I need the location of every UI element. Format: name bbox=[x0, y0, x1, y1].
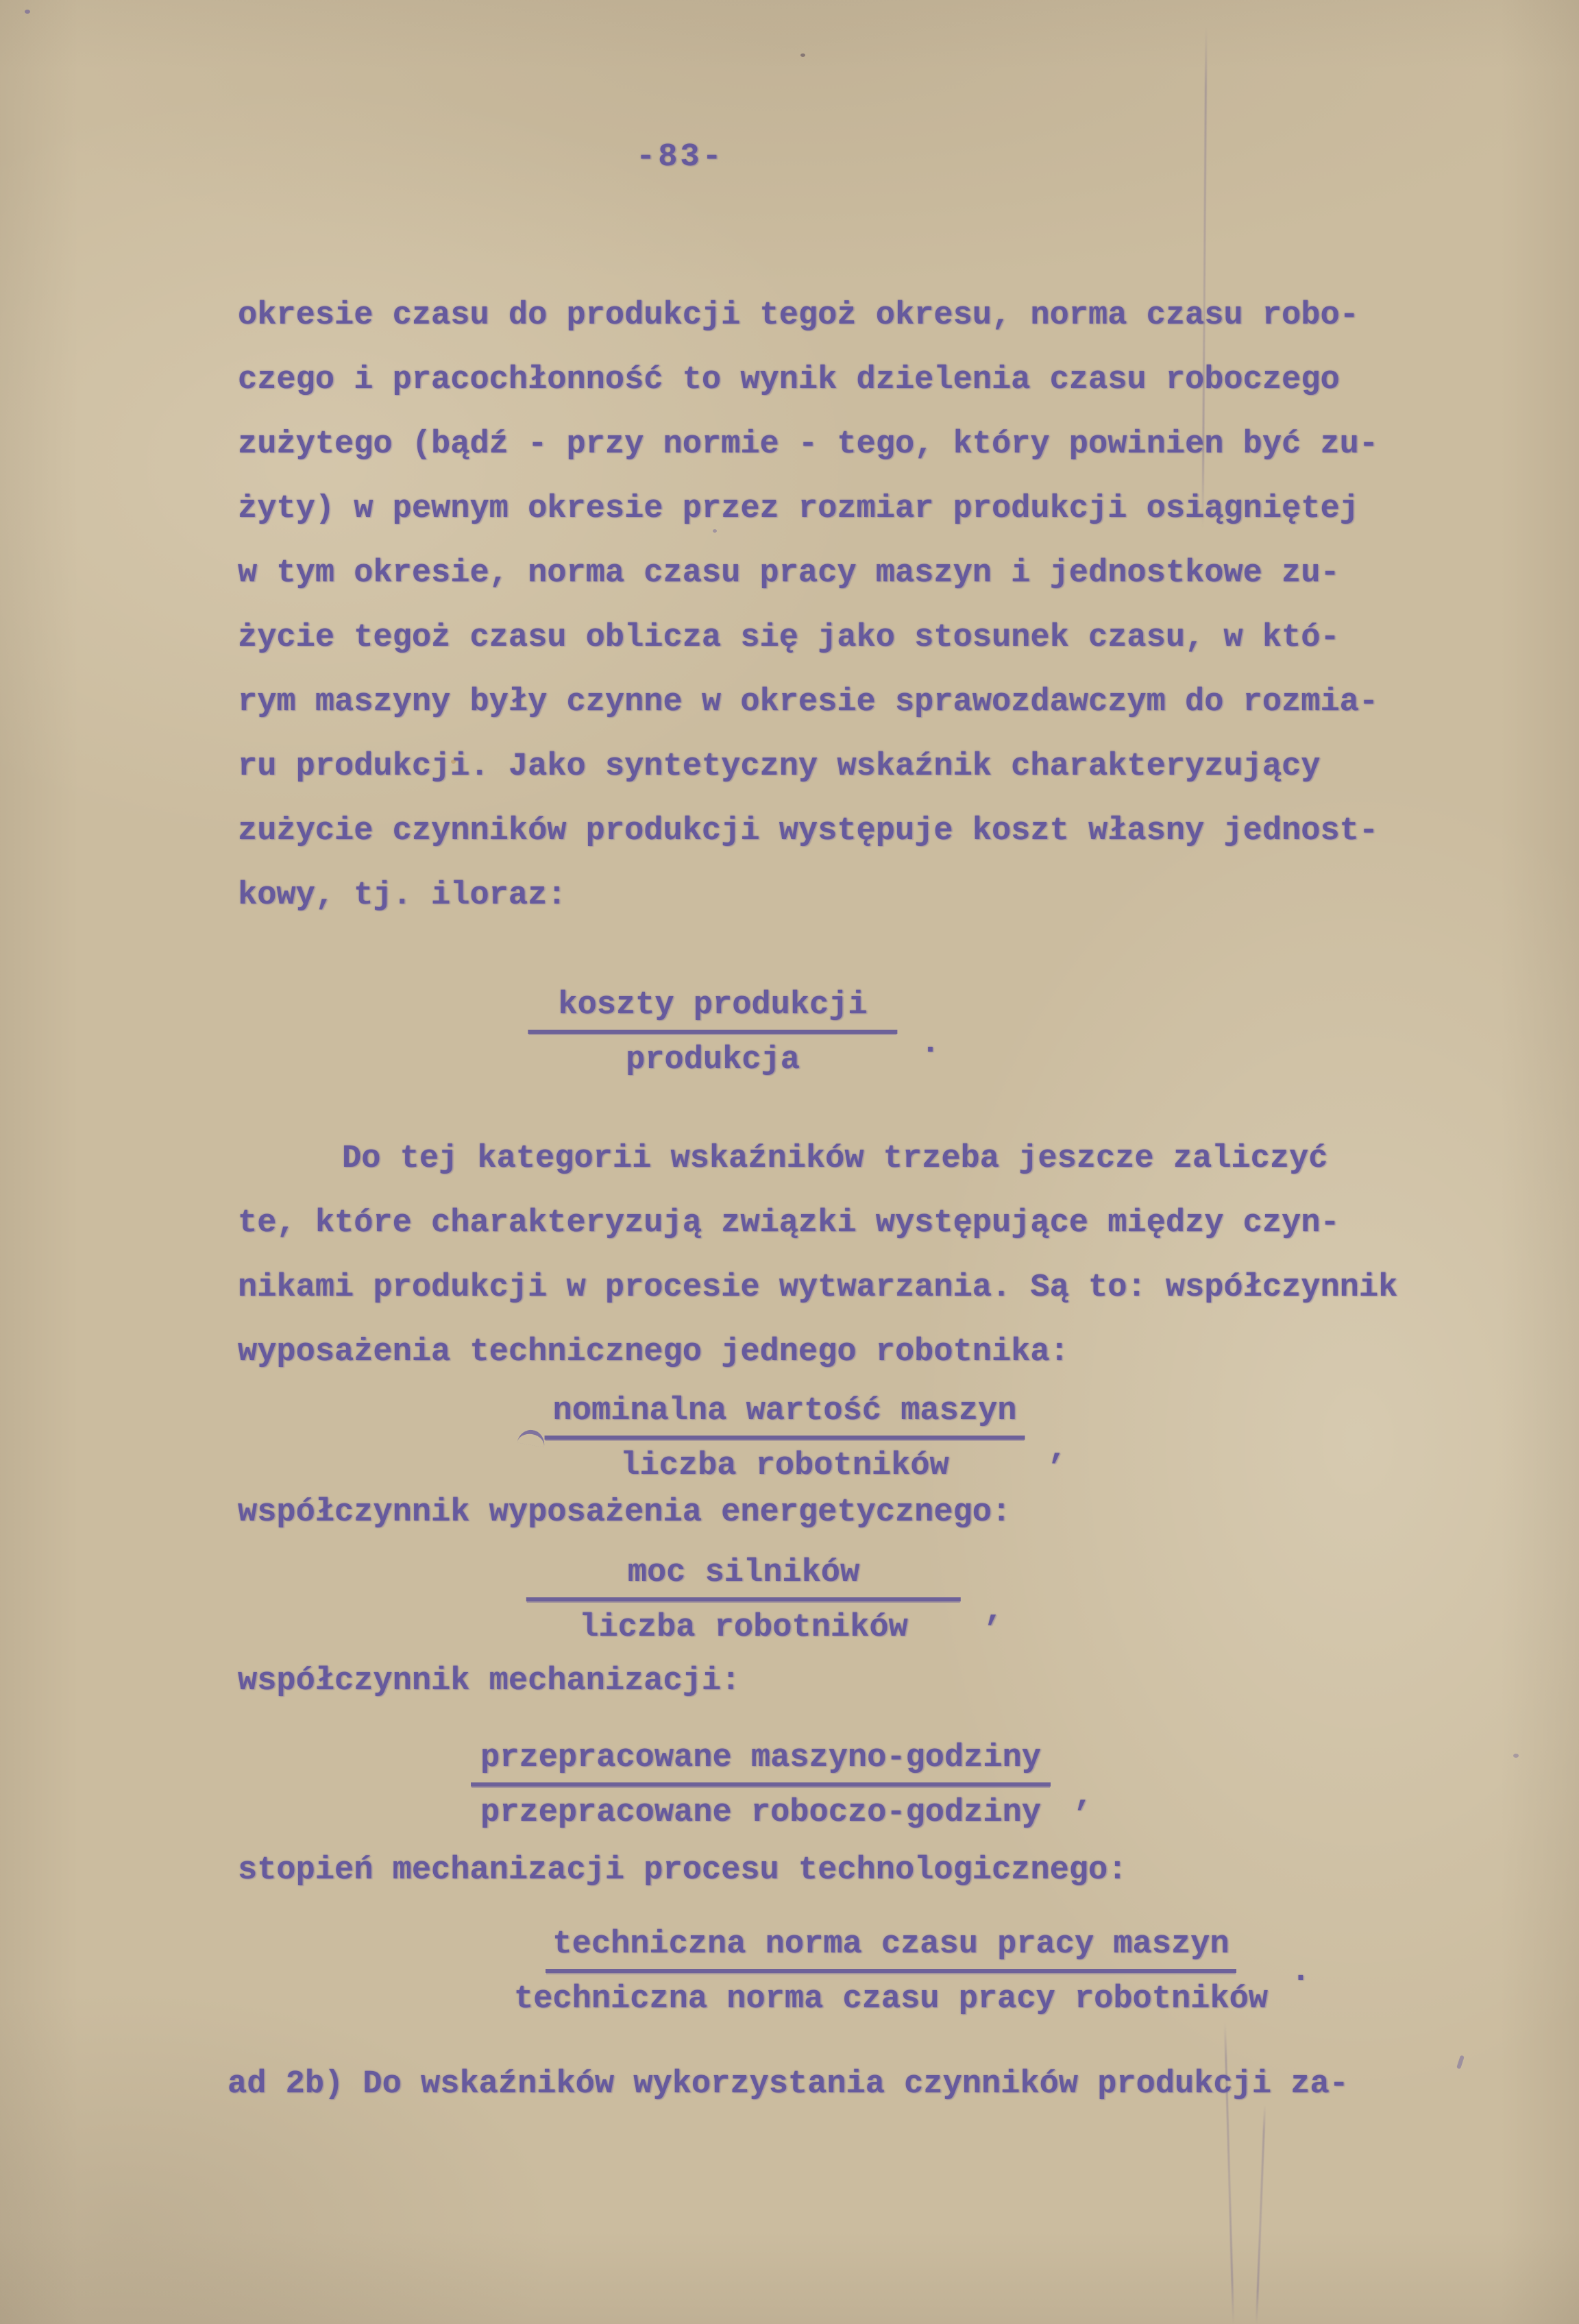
ink-speck bbox=[713, 529, 717, 533]
ink-speck bbox=[800, 53, 805, 57]
stray-ink-mark bbox=[517, 1428, 546, 1448]
fraction-denominator: liczba robotników bbox=[545, 1448, 1025, 1485]
text-line: kowy, tj. iloraz: bbox=[238, 876, 1378, 941]
paper-stain-speck bbox=[451, 760, 456, 764]
fraction-denominator: przepracowane roboczo-godziny bbox=[471, 1795, 1051, 1832]
label-wspolczynnik-mechanizacji: współczynnik mechanizacji: bbox=[238, 1662, 740, 1702]
text-line: okresie czasu do produkcji tegoż okresu,… bbox=[238, 296, 1378, 361]
fraction-nominalna-wartosc: nominalna wartość maszyn liczba robotnik… bbox=[545, 1393, 1025, 1485]
fraction-punctuation: , bbox=[984, 1593, 1003, 1630]
text-line: żyty) w pewnym okresie przez rozmiar pro… bbox=[238, 489, 1378, 554]
closing-line: ad 2b) Do wskaźników wykorzystania czynn… bbox=[228, 2065, 1349, 2105]
fraction-przepracowane-godziny: przepracowane maszyno-godziny przepracow… bbox=[471, 1740, 1051, 1832]
fraction-denominator: produkcja bbox=[528, 1042, 897, 1079]
text-line: życie tegoż czasu oblicza się jako stosu… bbox=[238, 618, 1378, 683]
paragraph-2: Do tej kategorii wskaźników trzeba jeszc… bbox=[238, 1139, 1397, 1397]
fraction-numerator: nominalna wartość maszyn bbox=[545, 1393, 1025, 1440]
text-line: zużytego (bądź - przy normie - tego, któ… bbox=[238, 425, 1378, 489]
fraction-punctuation: . bbox=[1291, 1954, 1310, 1990]
fraction-numerator: moc silników bbox=[526, 1555, 961, 1601]
fraction-numerator: techniczna norma czasu pracy maszyn bbox=[546, 1926, 1236, 1973]
fraction-punctuation: , bbox=[1048, 1431, 1067, 1468]
text-line: rym maszyny były czynne w okresie sprawo… bbox=[238, 683, 1378, 747]
fraction-numerator: przepracowane maszyno-godziny bbox=[471, 1740, 1051, 1787]
text-line: w tym okresie, norma czasu pracy maszyn … bbox=[238, 554, 1378, 618]
paragraph-1: okresie czasu do produkcji tegoż okresu,… bbox=[238, 296, 1378, 941]
ink-speck bbox=[1513, 1754, 1519, 1758]
fraction-moc-silnikow: moc silników liczba robotników , bbox=[526, 1555, 961, 1647]
text-line: te, które charakteryzują związki występu… bbox=[238, 1204, 1397, 1268]
text-line: nikami produkcji w procesie wytwarzania.… bbox=[238, 1268, 1397, 1333]
fraction-denominator: techniczna norma czasu pracy robotników bbox=[514, 1981, 1268, 2018]
paper-crease bbox=[1256, 2105, 1266, 2324]
scanned-document-page: -83- okresie czasu do produkcji tegoż ok… bbox=[0, 0, 1579, 2324]
fraction-denominator: liczba robotników bbox=[526, 1610, 961, 1647]
ink-speck bbox=[25, 10, 30, 14]
fraction-techniczna-norma: techniczna norma czasu pracy maszyn tech… bbox=[514, 1926, 1268, 2018]
stray-ink-tick bbox=[1456, 2055, 1465, 2070]
page-number: -83- bbox=[636, 139, 724, 175]
text-line: ru produkcji. Jako syntetyczny wskaźnik … bbox=[238, 747, 1378, 812]
fraction-punctuation: , bbox=[1074, 1778, 1093, 1815]
text-line: czego i pracochłonność to wynik dzieleni… bbox=[238, 361, 1378, 425]
text-line: zużycie czynników produkcji występuje ko… bbox=[238, 812, 1378, 876]
fraction-punctuation: . bbox=[920, 1026, 940, 1062]
fraction-koszty-produkcji: koszty produkcji produkcja . bbox=[528, 987, 897, 1079]
label-stopien-mechanizacji: stopień mechanizacji procesu technologic… bbox=[238, 1851, 1127, 1891]
text-line: wyposażenia technicznego jednego robotni… bbox=[238, 1333, 1397, 1397]
label-wspolczynnik-energetyczny: współczynnik wyposażenia energetycznego: bbox=[238, 1493, 1011, 1533]
fraction-numerator: koszty produkcji bbox=[528, 987, 897, 1034]
text-line: Do tej kategorii wskaźników trzeba jeszc… bbox=[238, 1139, 1397, 1204]
